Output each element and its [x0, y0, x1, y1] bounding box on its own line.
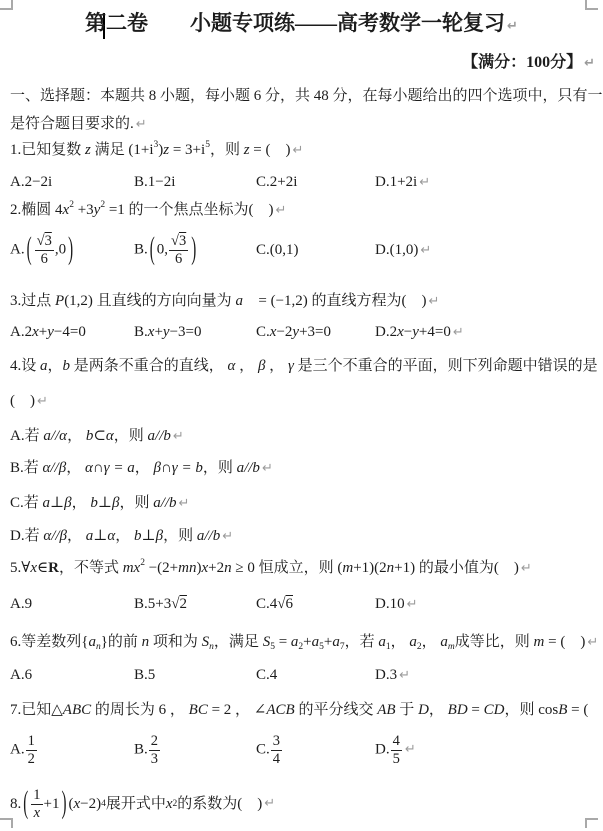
fraction-denominator: 4 — [271, 751, 282, 768]
text-segment: }的前 — [101, 634, 142, 650]
question-4-option-c: C.若 a⊥β， b⊥β，则 a//b↵ — [10, 492, 189, 515]
text-segment: = (−1,2) 的直线方程为( ) — [255, 293, 427, 309]
text-segment: 6 — [286, 596, 294, 612]
option-d: D.3↵ — [375, 664, 410, 687]
text-segment: ， — [135, 460, 154, 476]
text-segment: 4 — [393, 733, 400, 749]
paragraph-mark: ↵ — [453, 325, 464, 340]
text-segment: B. — [134, 324, 148, 340]
paragraph-mark: ↵ — [136, 117, 147, 132]
text-segment: ( — [23, 781, 28, 827]
text-segment: 【满分：100分】 — [462, 54, 582, 71]
text-segment: (1,2) 且直线的方向向量为 — [64, 293, 235, 309]
text-segment: +2 — [208, 560, 224, 576]
option-c: C.4 — [256, 664, 375, 686]
text-segment: ， — [115, 528, 134, 544]
text-segment: a//b — [153, 495, 176, 511]
fraction-numerator: 1 — [31, 787, 42, 805]
section-intro-line-2: 是符合题目要求的.↵ — [10, 113, 147, 136]
text-segment: ≥ 0 恒成立，则 ( — [232, 560, 343, 576]
option-a: A.9 — [10, 593, 134, 615]
option-b: B.5 — [134, 664, 256, 686]
question-2-options: A.(√36,0) B.(0,√36) C.(0,1) D.(1,0)↵ — [10, 227, 431, 273]
text-segment: ，不等式 — [59, 560, 123, 576]
fraction-denominator: 5 — [391, 751, 402, 768]
text-segment: b⊥β — [134, 528, 163, 544]
option-b: B.(0,√36) — [134, 233, 256, 267]
text-segment: ， — [429, 702, 448, 718]
paragraph-mark: ↵ — [264, 793, 275, 815]
fraction-numerator: √3 — [169, 233, 188, 251]
text-segment: D. — [375, 741, 390, 757]
text-segment: a⃗ — [235, 293, 254, 309]
question-4-option-a: A.若 a//α， b⊂α，则 a//b↵ — [10, 425, 184, 448]
text-segment: x — [166, 793, 173, 815]
fraction: √36 — [169, 233, 188, 267]
text-segment: ， — [391, 634, 410, 650]
option-d: D.1+2i↵ — [375, 171, 430, 194]
text-segment: x — [34, 805, 40, 821]
text-segment: D.3 — [375, 667, 397, 683]
text-segment: ， — [48, 358, 63, 374]
text-segment: AB — [377, 702, 395, 718]
fraction-numerator: 4 — [391, 733, 402, 751]
question-5-stem: 5.∀x∈R，不等式 mx2 −(2+mn)x+2n ≥ 0 恒成立，则 (m+… — [10, 557, 532, 580]
fraction-denominator: 3 — [149, 751, 160, 768]
text-segment: = ( ) — [250, 142, 291, 158]
text-segment: 2 — [179, 596, 187, 612]
text-segment: ( — [150, 227, 155, 273]
paragraph-mark: ↵ — [429, 294, 440, 309]
text-segment: y — [47, 324, 54, 340]
text-segment: −4=0 — [54, 324, 86, 340]
text-segment: D.10 — [375, 596, 405, 612]
text-segment: D.2 — [375, 324, 397, 340]
option-c: C.x−2y+3=0 — [256, 321, 375, 343]
text-segment: 展开式中 — [106, 793, 166, 815]
text-segment: A.2−2i — [10, 174, 52, 190]
text-segment: B. — [134, 741, 148, 757]
text-segment: ∀ — [21, 560, 30, 576]
question-8-stem: 8.(1x+1)(x−2)4 展开式中 x2 的系数为( )↵ — [10, 781, 275, 827]
text-segment: −2) — [80, 793, 101, 815]
text-segment: a — [409, 634, 417, 650]
text-segment: 5 — [393, 751, 400, 767]
text-segment: a — [332, 634, 340, 650]
section-intro-line-1: 一、选择题：本题共 8 小题，每小题 6 分，共 48 分，在每小题给出的四个选… — [10, 85, 603, 107]
option-a: A.2x+y−4=0 — [10, 321, 134, 343]
option-c: C.34 — [256, 733, 375, 767]
question-1-options: A.2−2i B.1−2i C.2+2i D.1+2i↵ — [10, 171, 430, 194]
text-segment: B.5+3 — [134, 596, 171, 612]
option-c: C.(0,1) — [256, 239, 375, 261]
paragraph-mark: ↵ — [587, 635, 598, 650]
text-segment: 于 — [396, 702, 419, 718]
paragraph-mark: ↵ — [399, 668, 410, 683]
text-segment: 3 — [273, 733, 280, 749]
text-segment: +1) 的最小值为( ) — [394, 560, 519, 576]
text-segment: 1.已知复数 — [10, 142, 85, 158]
paragraph-mark: ↵ — [179, 496, 190, 511]
text-segment: C.4 — [256, 596, 277, 612]
text-segment: C. — [256, 741, 270, 757]
text-segment: m — [342, 560, 353, 576]
text-segment: 8. — [10, 793, 21, 815]
text-segment: 2.椭圆 4 — [10, 202, 63, 218]
text-segment: ， — [422, 634, 441, 650]
text-segment: 的周长为 6 ， — [91, 702, 189, 718]
text-segment: n — [224, 560, 232, 576]
text-segment: α//β — [43, 528, 67, 544]
fraction-numerator: √3 — [35, 233, 54, 251]
fraction-denominator: 2 — [26, 751, 37, 768]
text-segment: ，则 — [210, 142, 244, 158]
text-segment: m — [448, 642, 455, 652]
text-segment: a — [312, 634, 320, 650]
text-segment: mn — [178, 560, 196, 576]
text-segment: ∈ — [37, 560, 48, 576]
text-segment: 的系数为( ) — [177, 793, 262, 815]
text-segment: 6 — [175, 251, 182, 267]
fraction: 23 — [149, 733, 160, 767]
question-3-options: A.2x+y−4=0 B.x+y−3=0 C.x−2y+3=0 D.2x−y+4… — [10, 321, 464, 344]
option-c: C.2+2i — [256, 171, 375, 193]
text-segment: 4.设 — [10, 358, 40, 374]
text-segment: ， — [72, 495, 91, 511]
margin-mark-bottom-right — [585, 818, 598, 828]
fraction-numerator: 3 — [271, 733, 282, 751]
text-segment: A.9 — [10, 596, 32, 612]
option-a: A.(√36,0) — [10, 233, 134, 267]
option-d: D.2x−y+4=0↵ — [375, 321, 464, 344]
text-segment: = — [468, 702, 484, 718]
text-segment: 1 — [28, 733, 35, 749]
paragraph-mark: ↵ — [405, 742, 416, 757]
margin-mark-top-right — [585, 0, 598, 10]
text-segment: ACB — [266, 702, 294, 718]
text-segment: a — [40, 358, 48, 374]
text-segment: = 3+i — [169, 142, 205, 158]
question-2-stem: 2.椭圆 4x2 +3y2 =1 的一个焦点坐标为( )↵ — [10, 199, 286, 222]
text-segment: BC — [189, 702, 208, 718]
text-segment: P — [55, 293, 64, 309]
text-segment: CD — [484, 702, 505, 718]
text-segment: 2 — [28, 751, 35, 767]
text-segment: ABC — [63, 702, 91, 718]
fraction-denominator: x — [31, 805, 42, 822]
text-segment: ( ) — [10, 393, 35, 409]
text-segment: A.若 — [10, 428, 43, 444]
paragraph-mark: ↵ — [37, 394, 48, 409]
text-segment: ，则 — [119, 495, 153, 511]
text-segment: 第二卷 小题专项练——高考数学一轮复习 — [85, 11, 505, 35]
text-segment: −(2+ — [145, 560, 178, 576]
text-segment: C. — [256, 324, 270, 340]
text-segment: D.(1,0) — [375, 242, 418, 258]
fraction: 1x — [31, 787, 42, 821]
text-segment: C.2+2i — [256, 174, 297, 190]
text-segment: ， — [235, 358, 258, 374]
text-segment: ( — [27, 227, 32, 273]
text-segment: (1+i — [128, 142, 153, 158]
text-segment: a — [88, 634, 96, 650]
text-segment: ， — [67, 528, 86, 544]
text-segment: 4 — [273, 751, 280, 767]
text-segment: a//b — [237, 460, 260, 476]
text-segment: C.若 — [10, 495, 43, 511]
text-segment: A. — [10, 741, 25, 757]
text-segment: y — [163, 324, 170, 340]
option-b: B.5+3√2 — [134, 593, 256, 615]
fraction: 12 — [26, 733, 37, 767]
text-segment: + — [303, 634, 311, 650]
paragraph-mark: ↵ — [419, 175, 430, 190]
text-segment: b⊥β — [90, 495, 119, 511]
text-segment: = — [275, 634, 291, 650]
text-segment: m — [534, 634, 545, 650]
text-segment: √ — [37, 233, 45, 249]
question-4-stem: 4.设 a，b 是两条不重合的直线， α ， β ， γ 是三个不重合的平面，则… — [10, 355, 598, 377]
paragraph-mark: ↵ — [293, 143, 304, 158]
question-6-stem: 6.等差数列{an}的前 n 项和为 Sn，满足 S5 = a2+a5+a7，若… — [10, 631, 598, 654]
paragraph-mark: ↵ — [420, 243, 431, 258]
text-segment: +1)(2 — [353, 560, 386, 576]
option-c: C.4√6 — [256, 593, 375, 615]
text-segment: 是三个不重合的平面，则下列命题中错误的是 — [294, 358, 598, 374]
text-segment: 5. — [10, 560, 21, 576]
text-segment: B.若 — [10, 460, 43, 476]
text-segment: ，则 — [203, 460, 237, 476]
text-segment: ) — [61, 781, 66, 827]
text-segment: ) — [68, 227, 73, 273]
text-segment: b — [63, 358, 71, 374]
text-segment: 一、选择题：本题共 8 小题，每小题 6 分，共 48 分，在每小题给出的四个选… — [10, 88, 603, 104]
full-score-label: 【满分：100分】↵ — [462, 52, 595, 75]
text-segment: x — [32, 324, 39, 340]
text-segment: x — [73, 793, 80, 815]
text-segment: β∩γ = b — [153, 460, 202, 476]
question-3-stem: 3.过点 P(1,2) 且直线的方向向量为 a⃗ = (−1,2) 的直线方程为… — [10, 290, 439, 313]
text-segment: ， — [67, 428, 86, 444]
text-segment: 6.等差数列{ — [10, 634, 88, 650]
text-segment: ) — [191, 227, 196, 273]
text-segment: A.6 — [10, 667, 32, 683]
fraction-denominator: 6 — [35, 251, 54, 268]
text-segment: = ( ) — [567, 702, 603, 718]
text-segment: +1 — [44, 793, 60, 815]
text-segment: 0, — [157, 241, 168, 257]
fraction: √36 — [35, 233, 54, 267]
text-segment: α//β — [43, 460, 67, 476]
margin-mark-top-left — [0, 0, 13, 10]
fraction: 45 — [391, 733, 402, 767]
question-4-option-b: B.若 α//β， α∩γ = a， β∩γ = b，则 a//b↵ — [10, 457, 273, 480]
question-5-options: A.9 B.5+3√2 C.4√6 D.10↵ — [10, 593, 418, 616]
text-segment: + — [154, 324, 162, 340]
text-segment: D.1+2i — [375, 174, 417, 190]
text-segment: −3=0 — [170, 324, 202, 340]
text-segment: a//α — [43, 428, 67, 444]
text-segment: a — [378, 634, 386, 650]
document-page[interactable]: 第二卷 小题专项练——高考数学一轮复习↵ 【满分：100分】↵ 一、选择题：本题… — [0, 0, 603, 831]
paragraph-mark: ↵ — [222, 529, 233, 544]
text-segment: b⊂α — [86, 428, 114, 444]
text-segment: C.(0,1) — [256, 242, 299, 258]
option-d: D.10↵ — [375, 593, 418, 616]
option-a: A.12 — [10, 733, 134, 767]
text-segment: α∩γ = a — [85, 460, 135, 476]
text-segment: B.5 — [134, 667, 155, 683]
question-7-stem: 7.已知△ABC 的周长为 6 ， BC = 2 ， ∠ACB 的平分线交 AB… — [10, 699, 603, 722]
question-7-options: A.12 B.23 C.34 D.45↵ — [10, 727, 416, 773]
option-d: D.(1,0)↵ — [375, 239, 431, 262]
paragraph-mark: ↵ — [262, 461, 273, 476]
fraction-numerator: 2 — [149, 733, 160, 751]
page-title: 第二卷 小题专项练——高考数学一轮复习↵ — [0, 12, 603, 38]
text-segment: ， — [265, 358, 288, 374]
text-segment: D — [418, 702, 429, 718]
text-segment: B. — [134, 241, 148, 257]
text-segment: D.若 — [10, 528, 43, 544]
text-segment: R — [48, 560, 59, 576]
text-segment: A. — [10, 241, 25, 257]
text-segment: ，满足 — [214, 634, 263, 650]
text-segment: −2 — [276, 324, 292, 340]
question-4-answer-blank: ( )↵ — [10, 390, 48, 413]
question-6-options: A.6 B.5 C.4 D.3↵ — [10, 664, 410, 687]
paragraph-mark: ↵ — [584, 56, 595, 71]
text-segment: ， — [66, 460, 85, 476]
text-segment: BD — [448, 702, 468, 718]
text-segment: ，则 — [163, 528, 197, 544]
text-segment: − — [404, 324, 412, 340]
text-segment: x — [30, 560, 37, 576]
paragraph-mark: ↵ — [407, 597, 418, 612]
text-segment: a⊥α — [86, 528, 115, 544]
option-a: A.2−2i — [10, 171, 134, 193]
text-segment: 满足 — [91, 142, 129, 158]
text-segment: ,0 — [55, 241, 66, 257]
text-segment: ，则 — [114, 428, 148, 444]
option-b: B.1−2i — [134, 171, 256, 193]
option-a: A.6 — [10, 664, 134, 686]
text-segment: √ — [171, 233, 179, 249]
text-segment: ，若 — [345, 634, 379, 650]
text-segment: 项和为 — [149, 634, 202, 650]
text-segment: +3=0 — [299, 324, 331, 340]
text-segment: 是两条不重合的直线， — [70, 358, 228, 374]
text-segment: √ — [277, 596, 285, 612]
text-segment: a//b — [197, 528, 220, 544]
question-4-option-d: D.若 α//β， a⊥α， b⊥β，则 a//b↵ — [10, 525, 233, 548]
text-segment: a — [440, 634, 448, 650]
text-segment: x — [397, 324, 404, 340]
option-b: B.x+y−3=0 — [134, 321, 256, 343]
paragraph-mark: ↵ — [276, 203, 287, 218]
text-segment: 3 — [151, 751, 158, 767]
text-segment: + — [39, 324, 47, 340]
text-segment: 3 — [45, 233, 52, 249]
text-segment: 6 — [41, 251, 48, 267]
text-segment: +3 — [74, 202, 94, 218]
text-segment: 3 — [179, 233, 186, 249]
option-d: D.45↵ — [375, 733, 416, 767]
text-segment: 成等比，则 — [455, 634, 534, 650]
fraction-numerator: 1 — [26, 733, 37, 751]
text-segment: C.4 — [256, 667, 277, 683]
text-segment: A.2 — [10, 324, 32, 340]
text-segment: a⊥β — [43, 495, 72, 511]
text-segment: +4=0 — [419, 324, 451, 340]
text-segment: 1 — [33, 787, 40, 803]
option-b: B.23 — [134, 733, 256, 767]
fraction: 34 — [271, 733, 282, 767]
paragraph-mark: ↵ — [507, 19, 518, 34]
text-segment: =1 的一个焦点坐标为( ) — [105, 202, 273, 218]
text-segment: a//b — [148, 428, 171, 444]
text-segment: y — [412, 324, 419, 340]
text-segment: 3.过点 — [10, 293, 55, 309]
fraction-denominator: 6 — [169, 251, 188, 268]
paragraph-mark: ↵ — [173, 429, 184, 444]
text-segment: B.1−2i — [134, 174, 175, 190]
text-segment: 2 — [151, 733, 158, 749]
text-segment: mx — [123, 560, 141, 576]
question-1-stem: 1.已知复数 z 满足 (1+i3)z = 3+i5，则 z = ( )↵ — [10, 139, 303, 162]
text-segment: = ( ) — [544, 634, 585, 650]
text-segment: 7.已知△ — [10, 702, 63, 718]
text-segment: 是符合题目要求的. — [10, 116, 134, 132]
paragraph-mark: ↵ — [521, 561, 532, 576]
text-segment: = 2 ， ∠ — [208, 702, 267, 718]
text-segment: ，则 cos — [504, 702, 558, 718]
text-segment: 的平分线交 — [295, 702, 378, 718]
